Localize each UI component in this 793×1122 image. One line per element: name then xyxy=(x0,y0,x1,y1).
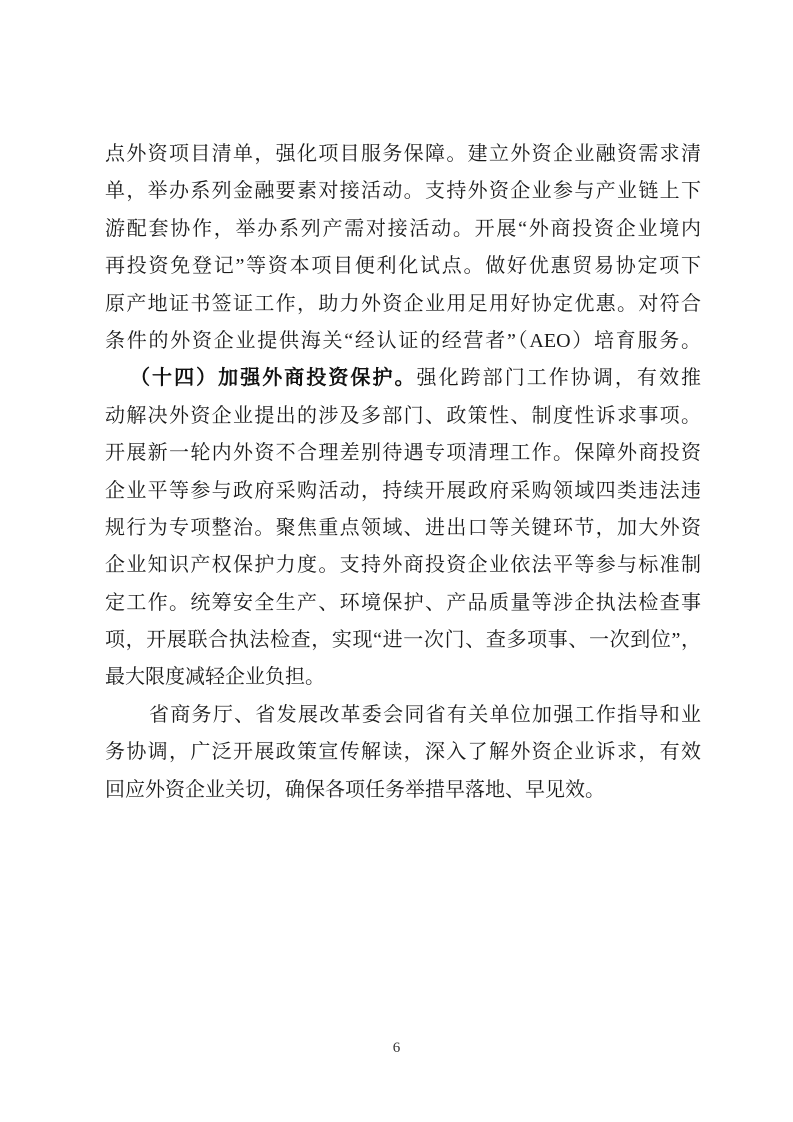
section-heading-line: （十四）加强外商投资保护。强化跨部门工作协调，有效推 xyxy=(105,360,701,397)
page-number: 6 xyxy=(0,1038,793,1058)
text-line: 再投资免登记”等资本项目便利化试点。做好优惠贸易协定项下 xyxy=(105,248,701,285)
text-line: 规行为专项整治。聚焦重点领域、进出口等关键环节，加大外资 xyxy=(105,510,701,547)
document-page: 点外资项目清单，强化项目服务保障。建立外资企业融资需求清 单，举办系列金融要素对… xyxy=(0,0,793,1122)
section-heading-continuation: 强化跨部门工作协调，有效推 xyxy=(417,367,701,389)
text-line: 动解决外资企业提出的涉及多部门、政策性、制度性诉求事项。 xyxy=(105,398,701,435)
section-heading: （十四）加强外商投资保护。 xyxy=(130,367,417,389)
text-line: 回应外资企业关切，确保各项任务举措早落地、早见效。 xyxy=(105,772,701,809)
text-line: 条件的外资企业提供海关“经认证的经营者”（AEO）培育服务。 xyxy=(105,323,701,360)
text-line: 省商务厅、省发展改革委会同省有关单位加强工作指导和业 xyxy=(105,697,701,734)
text-line: 务协调，广泛开展政策宣传解读，深入了解外资企业诉求，有效 xyxy=(105,734,701,771)
document-body: 点外资项目清单，强化项目服务保障。建立外资企业融资需求清 单，举办系列金融要素对… xyxy=(105,136,701,809)
text-line: 企业平等参与政府采购活动，持续开展政府采购领域四类违法违 xyxy=(105,473,701,510)
text-line: 单，举办系列金融要素对接活动。支持外资企业参与产业链上下 xyxy=(105,173,701,210)
text-line: 点外资项目清单，强化项目服务保障。建立外资企业融资需求清 xyxy=(105,136,701,173)
text-line: 定工作。统筹安全生产、环境保护、产品质量等涉企执法检查事 xyxy=(105,585,701,622)
text-line: 企业知识产权保护力度。支持外商投资企业依法平等参与标准制 xyxy=(105,547,701,584)
text-line: 开展新一轮内外资不合理差别待遇专项清理工作。保障外商投资 xyxy=(105,435,701,472)
text-line: 最大限度减轻企业负担。 xyxy=(105,659,701,696)
text-line: 游配套协作，举办系列产需对接活动。开展“外商投资企业境内 xyxy=(105,211,701,248)
text-line: 项，开展联合执法检查，实现“进一次门、查多项事、一次到位”， xyxy=(105,622,701,659)
text-line: 原产地证书签证工作，助力外资企业用足用好协定优惠。对符合 xyxy=(105,286,701,323)
